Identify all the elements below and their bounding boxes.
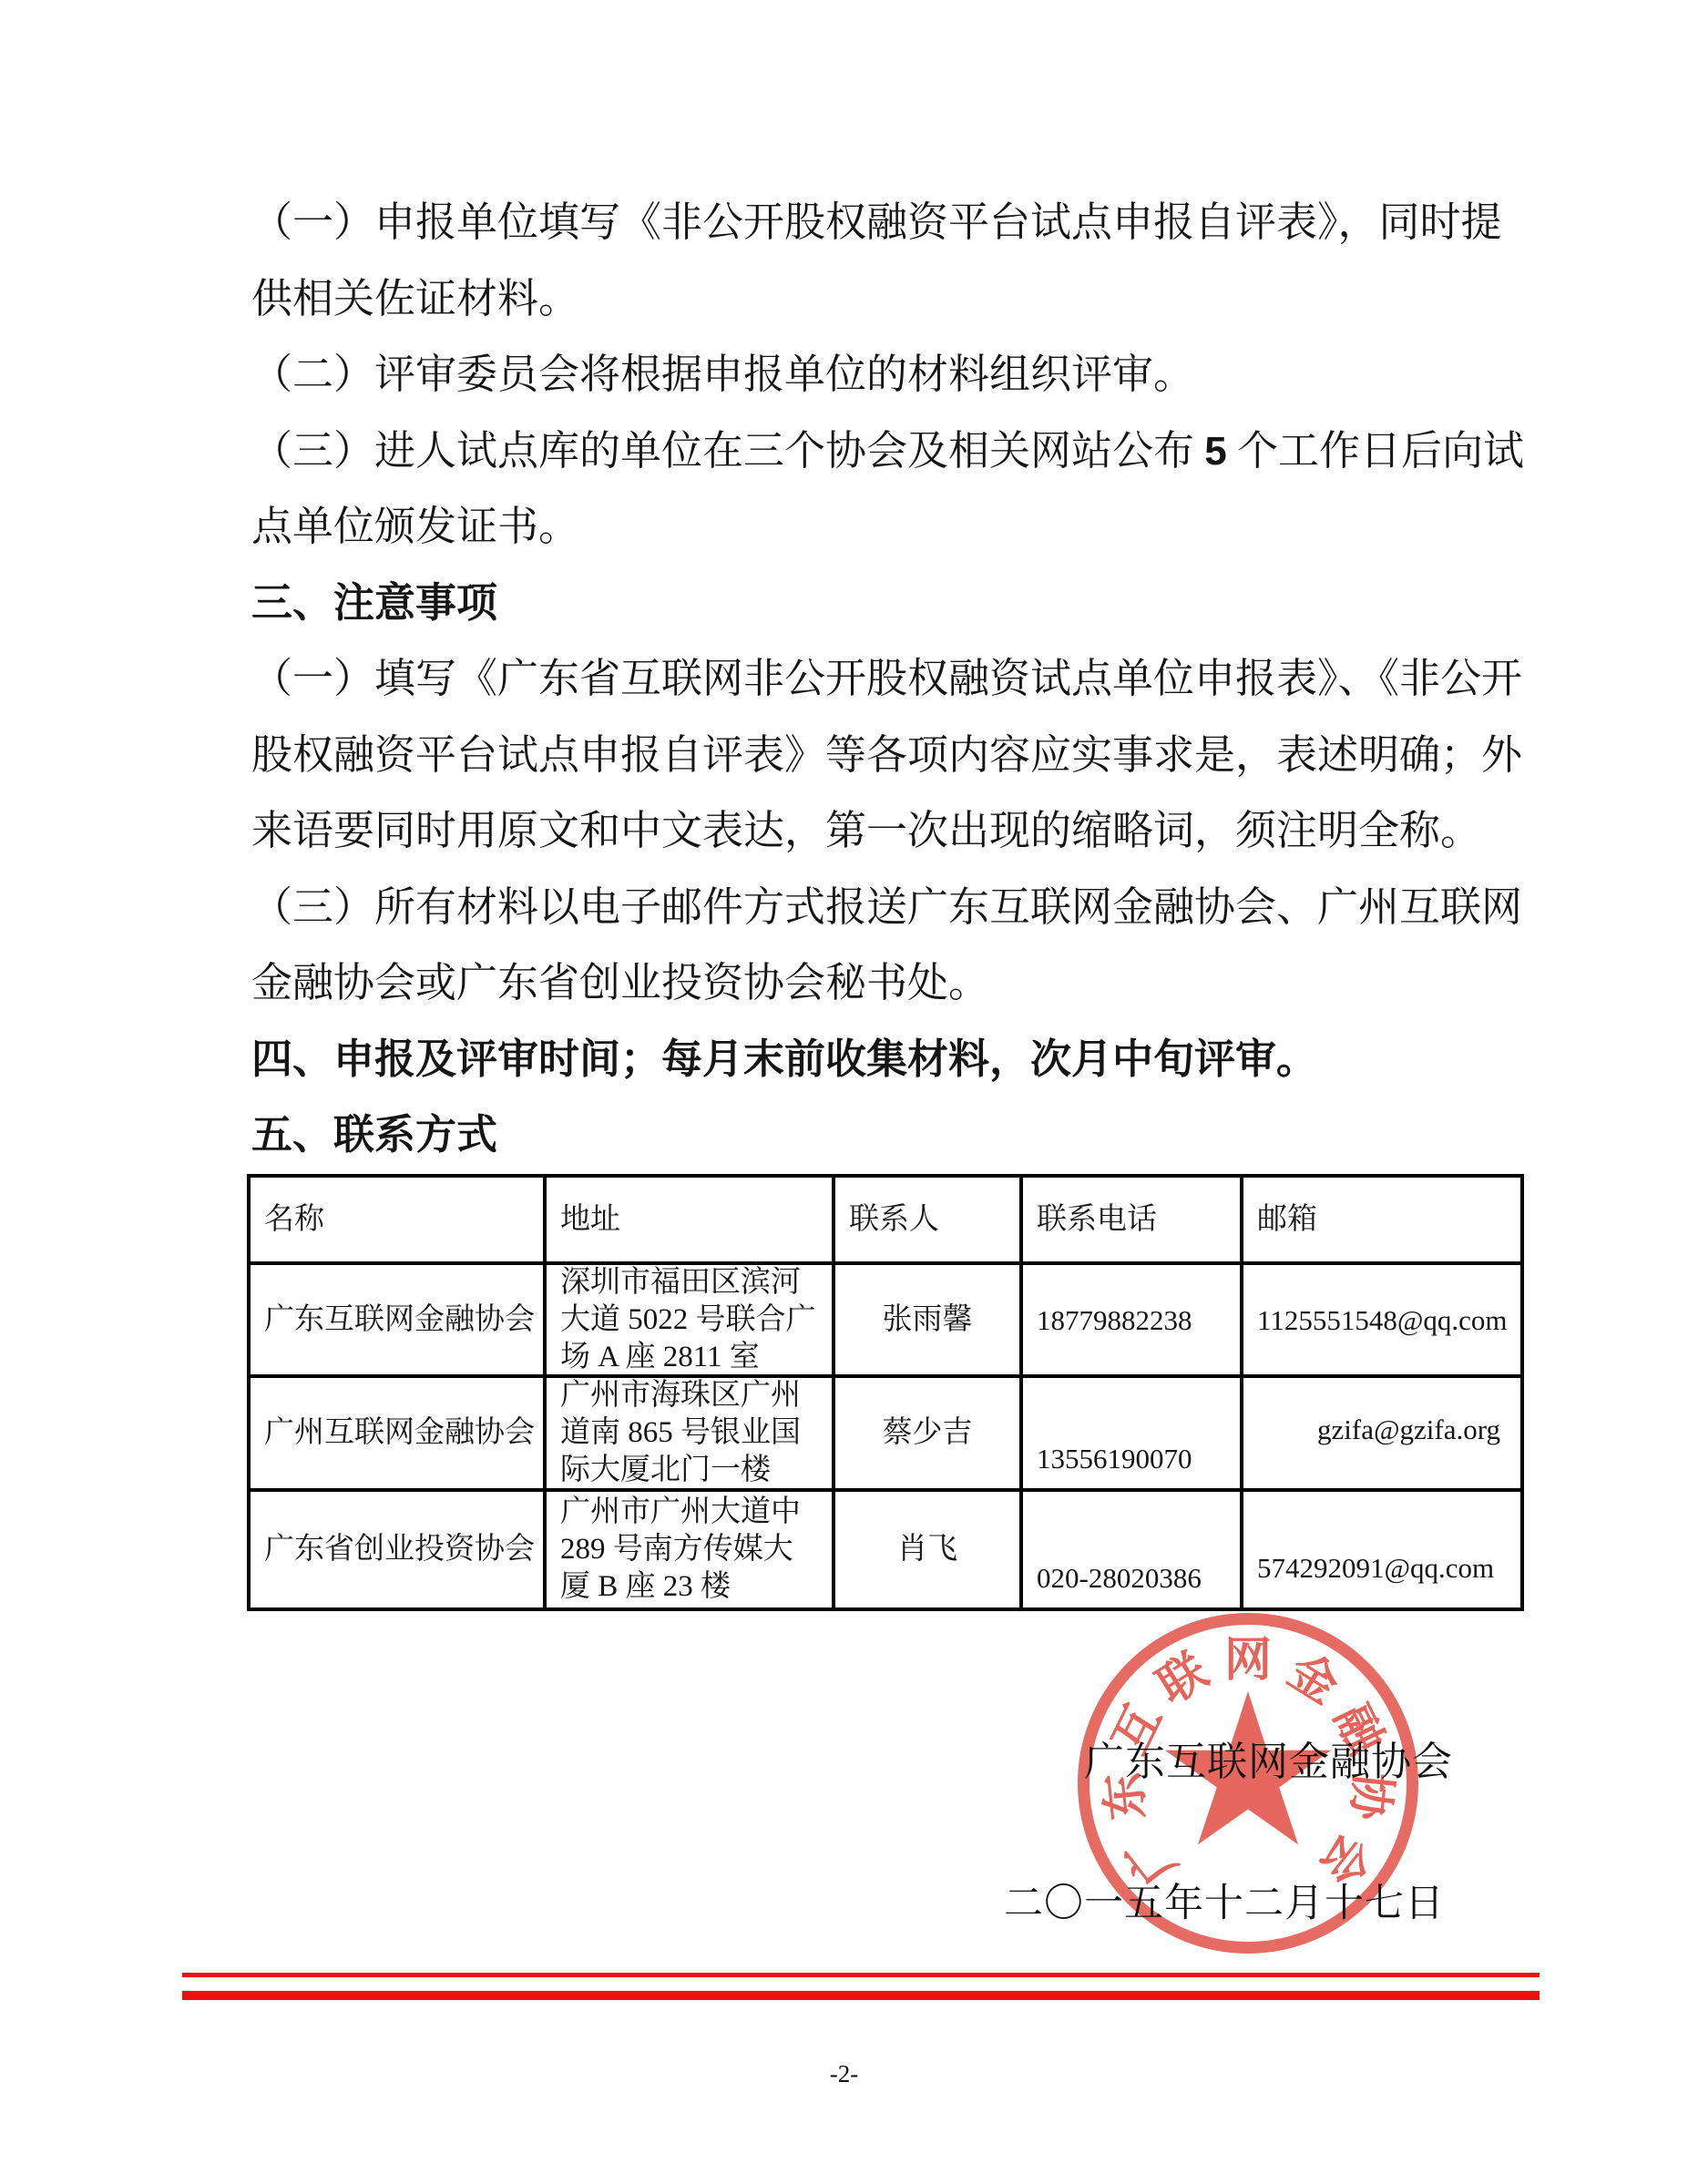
address-lines: 深圳市福田区滨河大道 5022 号联合广场 A 座 2811 室 [560,1265,816,1376]
contact-person-cell: 蔡少吉 [835,1378,1023,1492]
highlighted-number: 5 [1204,429,1226,474]
seal-character: 金 [1277,1645,1347,1715]
footer-rule-thin [182,1973,1540,1977]
email-cell: gzifa@gzifa.org [1243,1378,1524,1492]
text-line: 股权融资平台试点申报自评表》等各项内容应实事求是，表述明确；外 [251,718,1463,794]
signature-org: 广东互联网金融协会 [1084,1729,1453,1787]
contact-person-cell: 张雨馨 [835,1265,1023,1378]
section-heading-3: 三、注意事项 [251,566,1463,642]
address-cell: 深圳市福田区滨河大道 5022 号联合广场 A 座 2811 室 [547,1265,835,1378]
section-heading-4: 四、申报及评审时间；每月末前收集材料，次月中旬评审。 [251,1022,1463,1098]
column-header-email: 邮箱 [1243,1178,1524,1265]
text-line: 点单位颁发证书。 [251,489,1463,566]
column-header-contact: 联系人 [835,1178,1023,1265]
text-run: 个工作日后向试 [1227,428,1524,474]
column-header-address: 地址 [547,1178,835,1265]
contact-person-cell: 肖飞 [835,1492,1023,1611]
org-name-cell: 广东互联网金融协会 [251,1265,547,1378]
text-line: （三）所有材料以电子邮件方式报送广东互联网金融协会、广州互联网 [251,870,1463,946]
address-cell: 广州市广州大道中289 号南方传媒大厦 B 座 23 楼 [547,1492,835,1611]
email-cell: 574292091@qq.com [1243,1492,1524,1611]
text-line: （一）申报单位填写《非公开股权融资平台试点申报自评表》，同时提 [251,185,1463,261]
text-line: 来语要同时用原文和中文表达，第一次出现的缩略词，须注明全称。 [251,793,1463,870]
email-cell: 1125551548@qq.com [1243,1265,1524,1378]
address-lines: 广州市广州大道中289 号南方传媒大厦 B 座 23 楼 [560,1494,801,1606]
text-line: 金融协会或广东省创业投资协会秘书处。 [251,945,1463,1022]
document-body: （一）申报单位填写《非公开股权融资平台试点申报自评表》，同时提 供相关佐证材料。… [251,185,1463,1174]
org-name-cell: 广东省创业投资协会 [251,1492,547,1611]
contact-table: 名称 地址 联系人 联系电话 邮箱 广东互联网金融协会 深圳市福田区滨河大道 5… [247,1174,1524,1611]
text-line: （二）评审委员会将根据申报单位的材料组织评审。 [251,337,1463,413]
address-cell: 广州市海珠区广州道南 865 号银业国际大厦北门一楼 [547,1378,835,1492]
address-lines: 广州市海珠区广州道南 865 号银业国际大厦北门一楼 [560,1378,801,1489]
text-run: （三）进人试点库的单位在三个协会及相关网站公布 [251,428,1204,474]
signature-date: 二〇一五年十二月十七日 [1004,1873,1445,1928]
footer-rule-thick [182,1991,1540,2000]
phone-cell: 18779882238 [1023,1265,1243,1378]
document-page: { "content": { "lines": [ {"text": "（一）申… [0,0,1688,2184]
column-header-phone: 联系电话 [1023,1178,1243,1265]
seal-character: 网 [1223,1636,1274,1687]
seal-character: 联 [1148,1645,1218,1715]
org-name-cell: 广州互联网金融协会 [251,1378,547,1492]
section-heading-5: 五、联系方式 [251,1097,1463,1174]
text-line: （一）填写《广东省互联网非公开股权融资试点单位申报表》、《非公开 [251,641,1463,718]
phone-cell: 020-28020386 [1023,1492,1243,1611]
column-header-name: 名称 [251,1178,547,1265]
text-line: 供相关佐证材料。 [251,261,1463,338]
phone-cell: 13556190070 [1023,1378,1243,1492]
text-line: （三）进人试点库的单位在三个协会及相关网站公布 5 个工作日后向试 [251,413,1463,490]
page-number: -2- [0,2060,1688,2088]
